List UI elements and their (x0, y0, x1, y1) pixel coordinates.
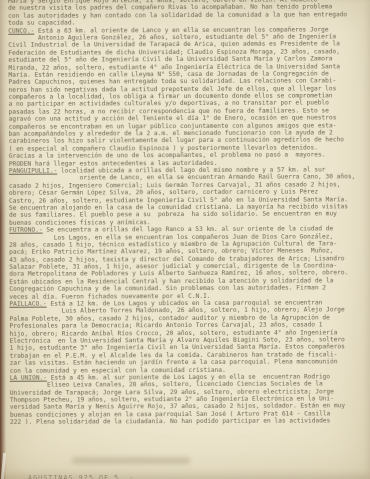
document-line: zar las visitas. Están haciendo un jardí… (10, 358, 368, 367)
scanned-paper: María y Sergio Enrique Rojo Artecha, 21 … (0, 0, 370, 479)
section-heading: CUNCO.- (8, 27, 34, 34)
document-line: 222 ). Plena solidaridad de la ciudadaní… (10, 417, 368, 426)
document-lines: María y Sergio Enrique Rojo Artecha, 21 … (8, 0, 368, 426)
section-heading: PANGUIPULLI.- (9, 168, 57, 175)
document-line: de sus familiares. El pueblo pese a su p… (9, 211, 367, 220)
section-heading: FUTRONO.- (9, 227, 43, 234)
scan-corner-artifact (1, 453, 6, 479)
section-heading: PAILLACO.- (9, 301, 46, 308)
scan-left-edge (0, 0, 6, 479)
letterhead-footer: AGUSTINAS 925 OF.5 - ... (28, 474, 160, 479)
section-heading: LA UNION.- (10, 375, 47, 382)
ink-bleedthrough-smudge (72, 457, 190, 464)
